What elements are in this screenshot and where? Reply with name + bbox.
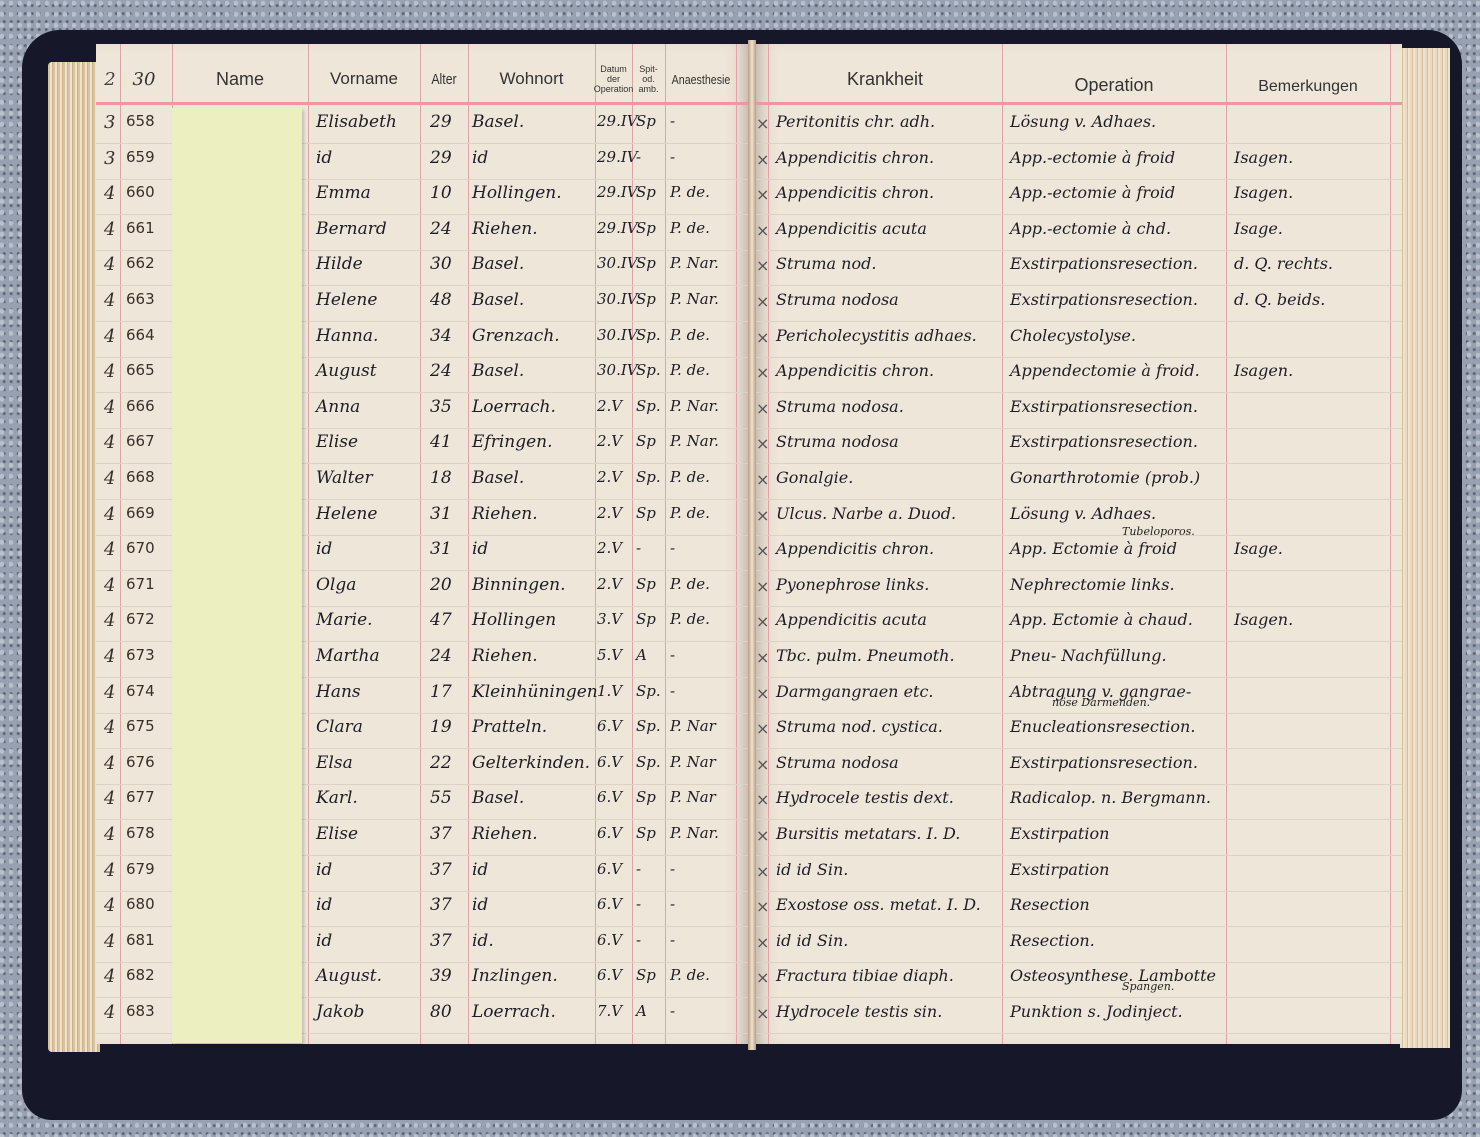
residence: Basel. [472, 361, 524, 381]
margin-mark: 4 [104, 290, 115, 311]
check-mark-icon: × [756, 826, 769, 845]
operation-date: 2.V [597, 504, 622, 522]
diagnosis: Hydrocele testis dext. [776, 788, 954, 807]
ledger-row-right: ×Bursitis metatars. I. D.Exstirpation [752, 820, 1402, 856]
operation: Nephrectomie links. [1010, 575, 1175, 594]
ledger-row-right: ×Hydrocele testis dext.Radicalop. n. Ber… [752, 784, 1402, 820]
anaesthesia: P. Nar. [670, 397, 719, 415]
diagnosis: Pericholecystitis adhaes. [776, 326, 977, 345]
first-name: Olga [316, 575, 356, 595]
inpatient-outpatient: - [636, 539, 641, 557]
age: 10 [430, 183, 452, 203]
entry-number: 678 [126, 824, 155, 842]
first-name: Bernard [316, 219, 387, 239]
first-name: Hans [316, 682, 361, 702]
check-mark-icon: × [756, 328, 769, 347]
entry-number: 668 [126, 468, 155, 486]
residence: Riehen. [472, 504, 538, 524]
age: 22 [430, 753, 452, 773]
margin-mark: 4 [104, 326, 115, 347]
residence: Basel. [472, 254, 524, 274]
header-name: Name [172, 54, 308, 104]
margin-mark: 4 [104, 361, 115, 382]
inpatient-outpatient: Sp [636, 610, 656, 628]
operation: Exstirpation [1010, 860, 1109, 879]
margin-mark: 4 [104, 966, 115, 987]
age: 29 [430, 148, 452, 168]
ledger-row-right: ×Appendicitis chron.App.-ectomie à froid… [752, 179, 1402, 215]
check-mark-icon: × [756, 150, 769, 169]
diagnosis: Appendicitis chron. [776, 361, 934, 380]
operation: App. Ectomie à froid [1010, 539, 1177, 558]
operation: Exstirpationsresection. [1010, 397, 1198, 416]
operation-date: 29.IV [597, 183, 638, 201]
check-mark-icon: × [756, 1004, 769, 1023]
first-name: id [316, 860, 332, 880]
diagnosis: Tbc. pulm. Pneumoth. [776, 646, 955, 665]
age: 37 [430, 895, 452, 915]
right-page: Krankheit Operation Bemerkungen ×Periton… [752, 44, 1402, 1044]
check-mark-icon: × [756, 185, 769, 204]
inpatient-outpatient: Sp [636, 824, 656, 842]
check-mark-icon: × [756, 790, 769, 809]
anaesthesia: P. de. [670, 361, 710, 379]
first-name: id [316, 895, 332, 915]
operation-date: 7.V [597, 1002, 622, 1020]
operation-date: 2.V [597, 397, 622, 415]
operation-date: 30.IV [597, 290, 638, 308]
header-vorname: Vorname [308, 54, 420, 104]
margin-mark: 4 [104, 183, 115, 204]
first-name: August [316, 361, 377, 381]
page-edges-right [1400, 48, 1450, 1048]
header-spital: Spit- od. amb. [632, 54, 665, 104]
ledger-row-right: ×Appendicitis chron.App.-ectomie à froid… [752, 144, 1402, 180]
ledger-row-right: ×Exostose oss. metat. I. D.Resection [752, 891, 1402, 927]
operation: App. Ectomie à chaud. [1010, 610, 1193, 629]
anaesthesia: P. de. [670, 575, 710, 593]
ledger-row-right: ×Darmgangraen etc.Abtragung v. gangrae-n… [752, 678, 1402, 714]
anaesthesia: P. de. [670, 610, 710, 628]
check-mark-icon: × [756, 897, 769, 916]
first-name: id [316, 148, 332, 168]
residence: Riehen. [472, 646, 538, 666]
check-mark-icon: × [756, 470, 769, 489]
residence: Kleinhüningen [472, 682, 598, 702]
margin-mark: 4 [104, 646, 115, 667]
operation: Exstirpationsresection. [1010, 254, 1198, 273]
operation: Exstirpationsresection. [1010, 753, 1198, 772]
check-mark-icon: × [756, 363, 769, 382]
diagnosis: Appendicitis acuta [776, 610, 927, 629]
ledger-row-right: ×Appendicitis chron.App. Ectomie à froid… [752, 535, 1402, 571]
anaesthesia: P. Nar. [670, 254, 719, 272]
book-gutter [748, 40, 756, 1050]
sticky-note-redaction [172, 108, 302, 1043]
anaesthesia: P. Nar. [670, 432, 719, 450]
diagnosis: Appendicitis acuta [776, 219, 927, 238]
anaesthesia: P. de. [670, 219, 710, 237]
entry-number: 683 [126, 1002, 155, 1020]
entry-number: 666 [126, 397, 155, 415]
anaesthesia: - [670, 1002, 675, 1020]
operation-date: 29.IV [597, 219, 638, 237]
inpatient-outpatient: Sp [636, 966, 656, 984]
residence: Loerrach. [472, 397, 556, 417]
entry-number: 679 [126, 860, 155, 878]
operation-date: 2.V [597, 468, 622, 486]
anaesthesia: - [670, 148, 675, 166]
remarks: Isagen. [1234, 183, 1293, 202]
first-name: Helene [316, 504, 377, 524]
operation-date: 29.IV [597, 112, 638, 130]
diagnosis: Struma nod. cystica. [776, 717, 943, 736]
operation-date: 6.V [597, 860, 622, 878]
check-mark-icon: × [756, 719, 769, 738]
ledger-row-right: ×Struma nod. cystica.Enucleationsresecti… [752, 713, 1402, 749]
check-mark-icon: × [756, 221, 769, 240]
diagnosis: Pyonephrose links. [776, 575, 929, 594]
operation: Radicalop. n. Bergmann. [1010, 788, 1211, 807]
age: 39 [430, 966, 452, 986]
operation-date: 2.V [597, 539, 622, 557]
margin-mark: 3 [104, 112, 115, 133]
ledger-row-right: ×Appendicitis acutaApp. Ectomie à chaud.… [752, 606, 1402, 642]
ledger-row-right: ×Gonalgie.Gonarthrotomie (prob.) [752, 464, 1402, 500]
diagnosis: Ulcus. Narbe a. Duod. [776, 504, 956, 523]
entry-number: 661 [126, 219, 155, 237]
entry-number: 677 [126, 788, 155, 806]
anaesthesia: P. de. [670, 504, 710, 522]
anaesthesia: P. Nar. [670, 290, 719, 308]
margin-mark: 3 [104, 148, 115, 169]
residence: id [472, 148, 488, 168]
diagnosis: Fractura tibiae diaph. [776, 966, 954, 985]
inpatient-outpatient: A [636, 646, 647, 664]
residence: Pratteln. [472, 717, 547, 737]
check-mark-icon: × [756, 755, 769, 774]
anaesthesia: - [670, 895, 675, 913]
header-datum: Datum der Operation [595, 54, 632, 104]
age: 37 [430, 931, 452, 951]
inpatient-outpatient: Sp. [636, 468, 661, 486]
ledger-row-right: ×Appendicitis acutaApp.-ectomie à chd.Is… [752, 215, 1402, 251]
header-krankheit: Krankheit [768, 54, 1002, 104]
diagnosis: Struma nodosa [776, 290, 899, 309]
age: 17 [430, 682, 452, 702]
age: 37 [430, 860, 452, 880]
first-name: August. [316, 966, 382, 986]
entry-number: 663 [126, 290, 155, 308]
remarks: Isage. [1234, 219, 1283, 238]
first-name: Elise [316, 824, 358, 844]
margin-mark: 4 [104, 254, 115, 275]
margin-mark: 4 [104, 397, 115, 418]
margin-mark: 4 [104, 931, 115, 952]
age: 24 [430, 361, 452, 381]
entry-number: 669 [126, 504, 155, 522]
page-edges-left [48, 62, 100, 1052]
operation-date: 1.V [597, 682, 622, 700]
first-name: Elisabeth [316, 112, 397, 132]
age: 34 [430, 326, 452, 346]
diagnosis: Appendicitis chron. [776, 148, 934, 167]
page-number: 30 [124, 54, 164, 104]
inpatient-outpatient: - [636, 895, 641, 913]
residence: Basel. [472, 112, 524, 132]
entry-number: 658 [126, 112, 155, 130]
diagnosis: Peritonitis chr. adh. [776, 112, 935, 131]
residence: Basel. [472, 788, 524, 808]
age: 47 [430, 610, 452, 630]
operation-date: 6.V [597, 753, 622, 771]
operation: Resection. [1010, 931, 1095, 950]
operation: Exstirpation [1010, 824, 1109, 843]
operation: Cholecystolyse. [1010, 326, 1136, 345]
inpatient-outpatient: Sp [636, 112, 656, 130]
residence: Riehen. [472, 219, 538, 239]
residence: Grenzach. [472, 326, 560, 346]
operation: App.-ectomie à froid [1010, 183, 1175, 202]
entry-number: 671 [126, 575, 155, 593]
margin-mark: 4 [104, 753, 115, 774]
anaesthesia: P. Nar. [670, 824, 719, 842]
check-mark-icon: × [756, 684, 769, 703]
first-name: id [316, 931, 332, 951]
check-mark-icon: × [756, 648, 769, 667]
age: 29 [430, 112, 452, 132]
age: 20 [430, 575, 452, 595]
operation-note: nöse Darmenden. [1052, 696, 1150, 709]
diagnosis: Darmgangraen etc. [776, 682, 934, 701]
age: 24 [430, 219, 452, 239]
inpatient-outpatient: Sp. [636, 717, 661, 735]
inpatient-outpatient: Sp [636, 290, 656, 308]
age: 30 [430, 254, 452, 274]
inpatient-outpatient: Sp [636, 504, 656, 522]
ledger-row-right: ×Appendicitis chron.Appendectomie à froi… [752, 357, 1402, 393]
check-mark-icon: × [756, 256, 769, 275]
first-name: Elise [316, 432, 358, 452]
inpatient-outpatient: Sp. [636, 326, 661, 344]
residence: id. [472, 931, 494, 951]
operation: Gonarthrotomie (prob.) [1010, 468, 1200, 487]
residence: Loerrach. [472, 1002, 556, 1022]
operation-date: 2.V [597, 575, 622, 593]
operation-date: 30.IV [597, 254, 638, 272]
operation-date: 6.V [597, 717, 622, 735]
diagnosis: Struma nodosa [776, 753, 899, 772]
operation: Lösung v. Adhaes. [1010, 504, 1156, 523]
inpatient-outpatient: Sp [636, 432, 656, 450]
ledger-row-right: ×Fractura tibiae diaph.Osteosynthese. La… [752, 962, 1402, 998]
operation-date: 3.V [597, 610, 622, 628]
entry-number: 672 [126, 610, 155, 628]
anaesthesia: - [670, 646, 675, 664]
entry-number: 680 [126, 895, 155, 913]
anaesthesia: P. de. [670, 966, 710, 984]
operation: Osteosynthese. Lambotte [1010, 966, 1216, 985]
remarks: Isage. [1234, 539, 1283, 558]
age: 35 [430, 397, 452, 417]
inpatient-outpatient: Sp [636, 254, 656, 272]
check-mark-icon: × [756, 434, 769, 453]
first-name: Martha [316, 646, 380, 666]
anaesthesia: P. de. [670, 183, 710, 201]
entry-number: 670 [126, 539, 155, 557]
operation: App.-ectomie à froid [1010, 148, 1175, 167]
ledger-row-right: ×Struma nodosaExstirpationsresection. [752, 428, 1402, 464]
operation-date: 29.IV [597, 148, 638, 166]
check-mark-icon: × [756, 933, 769, 952]
ledger-row-right: ×Tbc. pulm. Pneumoth.Pneu- Nachfüllung. [752, 642, 1402, 678]
operation-date: 6.V [597, 931, 622, 949]
diagnosis: Bursitis metatars. I. D. [776, 824, 960, 843]
remarks: Isagen. [1234, 610, 1293, 629]
entry-number: 682 [126, 966, 155, 984]
entry-number: 681 [126, 931, 155, 949]
anaesthesia: P. de. [670, 468, 710, 486]
operation: Resection [1010, 895, 1090, 914]
operation-date: 5.V [597, 646, 622, 664]
operation-date: 6.V [597, 895, 622, 913]
margin-mark: 4 [104, 682, 115, 703]
ledger-row-right: ×Struma nodosaExstirpationsresection.d. … [752, 286, 1402, 322]
residence: Hollingen. [472, 183, 562, 203]
margin-mark: 4 [104, 1002, 115, 1023]
first-name: Jakob [316, 1002, 364, 1022]
operation: Lösung v. Adhaes. [1010, 112, 1156, 131]
inpatient-outpatient: - [636, 860, 641, 878]
entry-number: 675 [126, 717, 155, 735]
remarks: Isagen. [1234, 148, 1293, 167]
margin-mark: 4 [104, 895, 115, 916]
ledger-row-right: ×Struma nodosa.Exstirpationsresection. [752, 393, 1402, 429]
inpatient-outpatient: Sp [636, 183, 656, 201]
first-name: Clara [316, 717, 363, 737]
operation-date: 30.IV [597, 361, 638, 379]
inpatient-outpatient: - [636, 148, 641, 166]
inpatient-outpatient: Sp [636, 575, 656, 593]
age: 18 [430, 468, 452, 488]
age: 31 [430, 539, 452, 559]
check-mark-icon: × [756, 292, 769, 311]
first-name: Emma [316, 183, 371, 203]
inpatient-outpatient: Sp. [636, 753, 661, 771]
margin-mark: 4 [104, 575, 115, 596]
diagnosis: Gonalgie. [776, 468, 853, 487]
residence: Riehen. [472, 824, 538, 844]
inpatient-outpatient: - [636, 931, 641, 949]
entry-number: 673 [126, 646, 155, 664]
diagnosis: Appendicitis chron. [776, 183, 934, 202]
anaesthesia: P. de. [670, 326, 710, 344]
age: 24 [430, 646, 452, 666]
residence: Gelterkinden. [472, 753, 590, 773]
ledger-row-right: ×id id Sin.Resection. [752, 927, 1402, 963]
residence: Basel. [472, 290, 524, 310]
entry-number: 660 [126, 183, 155, 201]
margin-mark: 4 [104, 432, 115, 453]
operation: App.-ectomie à chd. [1010, 219, 1171, 238]
ledger-row-right: ×Ulcus. Narbe a. Duod.Lösung v. Adhaes. [752, 500, 1402, 536]
inpatient-outpatient: Sp [636, 219, 656, 237]
ledger-row-right: ×id id Sin.Exstirpation [752, 856, 1402, 892]
residence: Inzlingen. [472, 966, 558, 986]
entry-number: 665 [126, 361, 155, 379]
anaesthesia: - [670, 860, 675, 878]
check-mark-icon: × [756, 612, 769, 631]
age: 31 [430, 504, 452, 524]
operation: Exstirpationsresection. [1010, 290, 1198, 309]
anaesthesia: - [670, 682, 675, 700]
first-name: Elsa [316, 753, 353, 773]
inpatient-outpatient: Sp. [636, 397, 661, 415]
first-name: id [316, 539, 332, 559]
inpatient-outpatient: Sp [636, 788, 656, 806]
operation-date: 30.IV [597, 326, 638, 344]
margin-mark: 4 [104, 824, 115, 845]
age: 37 [430, 824, 452, 844]
anaesthesia: P. Nar [670, 788, 716, 806]
operation-note: Tubeloporos. [1122, 525, 1195, 538]
margin-mark: 4 [104, 468, 115, 489]
anaesthesia: P. Nar [670, 717, 716, 735]
first-name: Hanna. [316, 326, 378, 346]
ledger-row-right: ×Hydrocele testis sin.Punktion s. Jodinj… [752, 998, 1402, 1034]
ledger-row-right: ×Pericholecystitis adhaes.Cholecystolyse… [752, 322, 1402, 358]
operation-date: 6.V [597, 966, 622, 984]
diagnosis: Hydrocele testis sin. [776, 1002, 942, 1021]
operation: Exstirpationsresection. [1010, 432, 1198, 451]
anaesthesia: - [670, 112, 675, 130]
first-name: Anna [316, 397, 360, 417]
check-mark-icon: × [756, 399, 769, 418]
operation: Punktion s. Jodinject. [1010, 1002, 1183, 1021]
age: 19 [430, 717, 452, 737]
diagnosis: Appendicitis chron. [776, 539, 934, 558]
first-name: Karl. [316, 788, 358, 808]
margin-mark: 4 [104, 504, 115, 525]
operation-date: 2.V [597, 432, 622, 450]
ledger-row-right: ×Struma nod.Exstirpationsresection.d. Q.… [752, 250, 1402, 286]
operation: Pneu- Nachfüllung. [1010, 646, 1167, 665]
diagnosis: Exostose oss. metat. I. D. [776, 895, 981, 914]
residence: id [472, 539, 488, 559]
ledger-row-right: ×Struma nodosaExstirpationsresection. [752, 749, 1402, 785]
entry-number: 659 [126, 148, 155, 166]
margin-mark: 4 [104, 219, 115, 240]
margin-mark: 4 [104, 860, 115, 881]
first-name: Marie. [316, 610, 373, 630]
check-mark-icon: × [756, 862, 769, 881]
age: 48 [430, 290, 452, 310]
ledger-row-right: ×Pyonephrose links.Nephrectomie links. [752, 571, 1402, 607]
inpatient-outpatient: Sp. [636, 682, 661, 700]
residence: id [472, 895, 488, 915]
operation: Enucleationsresection. [1010, 717, 1195, 736]
anaesthesia: - [670, 931, 675, 949]
age: 55 [430, 788, 452, 808]
check-mark-icon: × [756, 506, 769, 525]
remarks: Isagen. [1234, 361, 1293, 380]
entry-number: 662 [126, 254, 155, 272]
residence: id [472, 860, 488, 880]
diagnosis: Struma nodosa [776, 432, 899, 451]
header-wohnort: Wohnort [468, 54, 595, 104]
anaesthesia: - [670, 539, 675, 557]
margin-mark: 4 [104, 610, 115, 631]
